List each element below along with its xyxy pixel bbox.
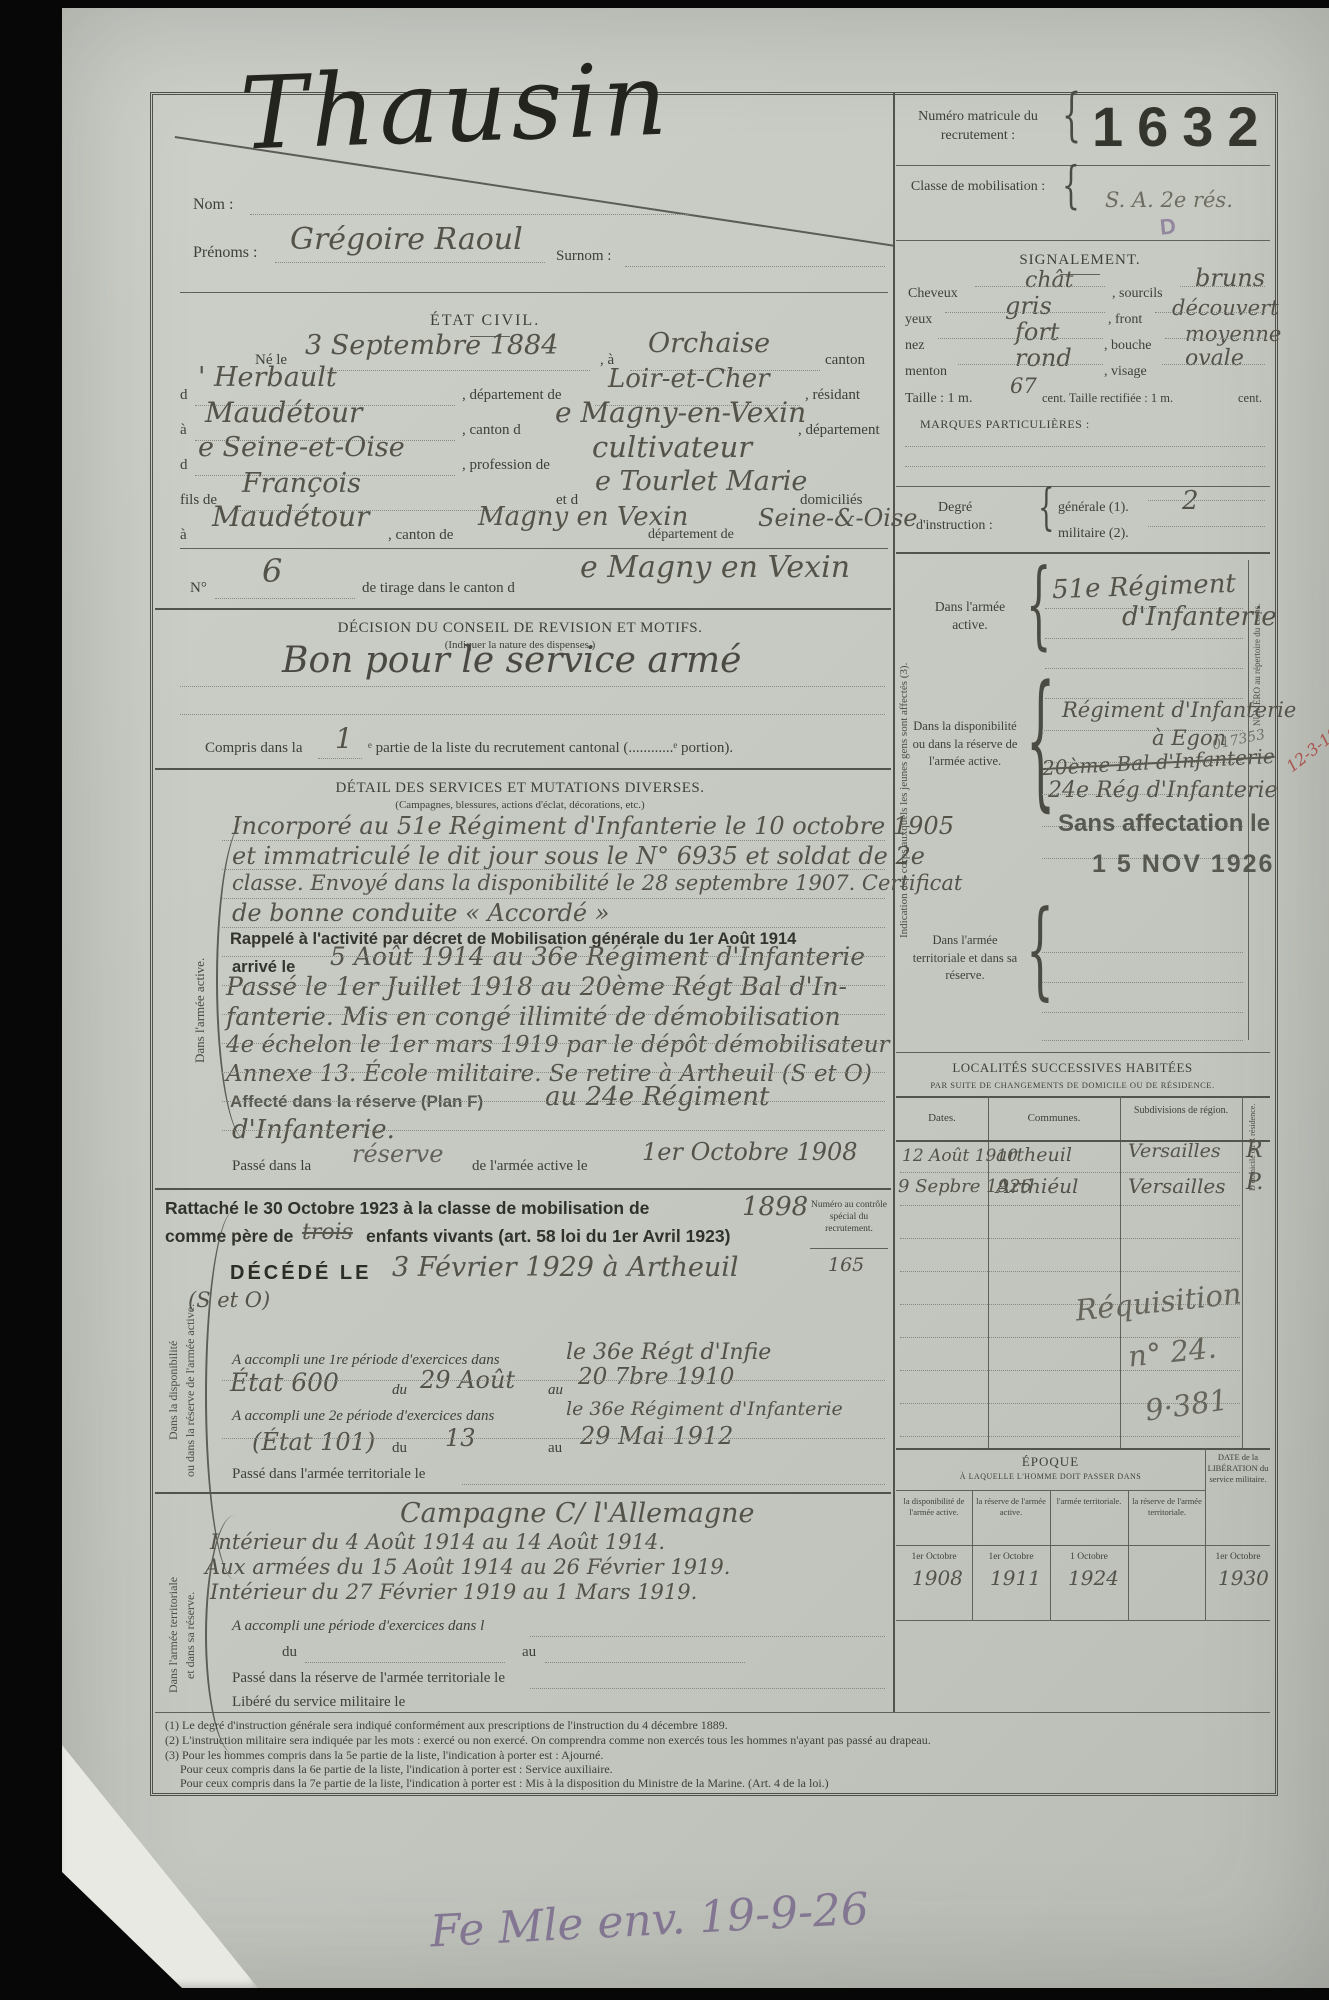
localite-row-commune: Arthiéul <box>996 1174 1078 1198</box>
campagne-title: Campagne C/ l'Allemagne <box>400 1498 754 1529</box>
line <box>1180 286 1265 287</box>
localites-col-subdivisions: Subdivisions de région. <box>1122 1104 1240 1117</box>
canton-de-label: , canton de <box>388 527 453 544</box>
classe-value: S. A. 2e rés. <box>1105 188 1233 212</box>
rule <box>896 1052 1270 1053</box>
controle-value: 165 <box>828 1254 864 1276</box>
rule <box>896 486 1270 487</box>
disponibilite-box-label: Dans la disponibilité ou dans la réserve… <box>906 718 1024 771</box>
line <box>900 1238 1240 1239</box>
menton-label: menton <box>905 364 947 380</box>
matricule-brace: { <box>1062 89 1081 146</box>
au-label: au <box>548 1440 562 1457</box>
service-entry: fanterie. Mis en congé illimité de démob… <box>226 1002 841 1031</box>
line <box>1045 638 1243 639</box>
au-label: au <box>548 1382 563 1399</box>
epoque-val-year: 1911 <box>990 1566 1041 1590</box>
localites-title: LOCALITÉS SUCCESSIVES HABITÉES <box>900 1060 1245 1076</box>
line <box>1042 1040 1243 1041</box>
bouche-value: moyenne <box>1185 322 1281 346</box>
line <box>975 286 1105 287</box>
cent-label: cent. <box>1238 391 1262 406</box>
line <box>462 1466 885 1485</box>
line <box>945 312 1105 313</box>
footnote-5: Pour ceux compris dans la 7e partie de l… <box>180 1776 829 1791</box>
rule <box>896 552 1270 554</box>
matricule-label: Numéro matricule du recrutement : <box>898 108 1058 146</box>
col-sep <box>1120 1096 1121 1448</box>
line <box>222 1438 885 1439</box>
col-sep <box>972 1490 973 1620</box>
header-rule <box>180 292 888 293</box>
epoque-val-label: 1 Octobre <box>1052 1552 1126 1562</box>
epoque-val-year: 1930 <box>1218 1566 1269 1590</box>
residant-label: , résidant <box>805 387 860 404</box>
line <box>222 1130 885 1131</box>
localites-subtitle: PAR SUITE DE CHANGEMENTS DE DOMICILE OU … <box>900 1080 1245 1090</box>
decision-title: DÉCISION DU CONSEIL DE REVISION ET MOTIF… <box>150 620 890 637</box>
service-entry: au 24e Régiment <box>545 1082 769 1112</box>
classe-rule <box>896 240 1270 241</box>
prenoms-line <box>275 244 545 263</box>
tirage-canton: e Magny en Vexin <box>580 550 850 585</box>
localite-row-subdiv: Versailles <box>1128 1174 1225 1198</box>
classe-label: Classe de mobilisation : <box>898 178 1058 197</box>
rattache-year: 1898 <box>742 1192 808 1222</box>
departement-de-label: département de <box>648 527 734 543</box>
residence-canton: e Magny-en-Vexin <box>555 396 806 429</box>
rule <box>155 768 891 770</box>
tirage-label: de tirage dans le canton d <box>362 580 515 597</box>
rule <box>896 1545 1270 1546</box>
generale-value: 2 <box>1182 486 1199 516</box>
matricule-value: 1632 <box>1092 94 1273 159</box>
a-label: à <box>180 527 187 544</box>
numero-label: N° <box>190 580 207 597</box>
epoque-val-label: 1er Octobre <box>1207 1552 1269 1562</box>
epoque-col-1: la disponibilité de l'armée active. <box>897 1496 971 1518</box>
taille-label: Taille : 1 m. <box>905 391 972 407</box>
rule <box>155 1188 891 1190</box>
epoque-col-2: la réserve de l'armée active. <box>974 1496 1048 1518</box>
services-subtitle: (Campagnes, blessures, actions d'éclat, … <box>150 799 890 811</box>
rule <box>155 1492 891 1494</box>
line <box>180 714 885 715</box>
line <box>905 466 1265 467</box>
epoque-subtitle: À LAQUELLE L'HOMME DOIT PASSER DANS <box>896 1472 1205 1481</box>
service-entry: classe. Envoyé dans la disponibilité le … <box>232 871 962 895</box>
compris-label-2: ᵉ partie de la liste du recrutement cant… <box>368 740 733 757</box>
nez-label: nez <box>905 338 924 354</box>
rattache-stamp-line1: Rattaché le 30 Octobre 1923 à la classe … <box>165 1198 649 1219</box>
service-entry: et immatriculé le dit jour sous le N° 69… <box>232 842 925 870</box>
territoriale-box-label: Dans l'armée territoriale et dans sa rés… <box>908 932 1022 985</box>
line <box>180 686 885 687</box>
visage-label: , visage <box>1104 364 1147 380</box>
passe-reserve-label-2: de l'armée active le <box>472 1158 588 1175</box>
passe-territoriale-label: Passé dans l'armée territoriale le <box>232 1466 425 1483</box>
du-label: du <box>282 1644 297 1661</box>
epoque-date-col-header: DATE de la LIBÉRATION du service militai… <box>1207 1452 1269 1485</box>
domicile-departement: Seine-&-Oise <box>758 504 917 532</box>
matricule-rule <box>896 165 1270 166</box>
line <box>530 1618 885 1637</box>
footnote-3: (3) Pour les hommes compris dans la 5e p… <box>165 1748 603 1763</box>
line <box>1042 1012 1243 1013</box>
service-entry: Passé le 1er Juillet 1918 au 20ème Régt … <box>226 972 847 1001</box>
du-label: du <box>392 1440 407 1457</box>
line <box>1042 952 1243 953</box>
epoque-title: ÉPOQUE <box>896 1454 1205 1470</box>
dispo-regiment-4: 24e Rég d'Infanterie <box>1048 778 1278 803</box>
dispo-regiment-1: Régiment d'Infanterie <box>1062 698 1296 722</box>
line <box>900 1271 1240 1272</box>
line <box>530 1670 885 1689</box>
au-label: au <box>522 1644 536 1661</box>
sourcils-label: , sourcils <box>1112 286 1163 302</box>
line <box>420 1694 885 1713</box>
rule <box>896 1620 1270 1621</box>
rule <box>896 1096 1270 1098</box>
surnom-line <box>625 248 885 267</box>
col-sep <box>1205 1448 1206 1620</box>
periode2-label: A accompli une 2e période d'exercices da… <box>232 1408 494 1425</box>
localites-col-dates: Dates. <box>896 1112 988 1124</box>
date-stamp-15nov1926: 1 5 NOV 1926 <box>1092 850 1274 879</box>
epoque-col-4: la réserve de l'armée territoriale. <box>1130 1496 1204 1518</box>
campagne-line: Aux armées du 15 Août 1914 au 26 Février… <box>205 1555 730 1579</box>
epoque-val-year: 1924 <box>1068 1566 1119 1590</box>
affecte-reserve-stamp: Affecté dans la réserve (Plan F) <box>230 1092 483 1112</box>
line <box>222 956 885 957</box>
rule <box>810 1248 888 1249</box>
localites-col-communes: Communes. <box>988 1112 1120 1124</box>
visage-value: ovale <box>1185 346 1244 371</box>
line <box>318 740 362 759</box>
line <box>222 869 885 870</box>
bouche-label: , bouche <box>1104 338 1151 354</box>
periode2-value: le 36e Régiment d'Infanterie <box>566 1398 843 1420</box>
classe-stamp-mark: D <box>1159 213 1178 241</box>
line <box>1148 526 1265 527</box>
col-sep <box>1242 1096 1243 1448</box>
decision-value: Bon pour le service armé <box>282 640 741 681</box>
passe-reserve-hand: réserve <box>352 1140 443 1168</box>
line <box>900 1172 1240 1173</box>
mother-name: e Tourlet Marie <box>595 466 807 497</box>
compris-label: Compris dans la <box>205 740 303 757</box>
line <box>1162 364 1265 365</box>
domicile-commune: Maudétour <box>212 500 369 533</box>
services-title: DÉTAIL DES SERVICES ET MUTATIONS DIVERSE… <box>150 780 890 797</box>
epoque-val-label: 1er Octobre <box>974 1552 1048 1562</box>
line <box>1155 312 1265 313</box>
nom-line <box>250 196 690 215</box>
epoque-col-3: l'armée territoriale. <box>1052 1496 1126 1507</box>
terr-exercices-label: A accompli une période d'exercices dans … <box>232 1618 484 1635</box>
passe-reserve-label: Passé dans la <box>232 1158 311 1175</box>
cheveux-label: Cheveux <box>908 286 958 302</box>
canton-label: canton <box>825 352 865 369</box>
front-value: découvert <box>1172 296 1279 320</box>
line <box>222 898 885 899</box>
line <box>222 1101 885 1102</box>
localite-row-subdiv: Versailles <box>1128 1140 1221 1162</box>
degre-label-2: d'instruction : <box>916 518 993 534</box>
line <box>900 1205 1240 1206</box>
campagne-line: Intérieur du 4 Août 1914 au 14 Août 1914… <box>210 1530 665 1554</box>
campagne-line: Intérieur du 27 Février 1919 au 1 Mars 1… <box>210 1580 697 1604</box>
rule <box>896 1448 1270 1450</box>
degre-brace: { <box>1038 484 1055 533</box>
departement-label: , département de <box>462 387 562 404</box>
decede-stamp: DÉCÉDÉ LE <box>230 1262 371 1285</box>
line <box>222 840 885 841</box>
menton-value: rond <box>1015 344 1072 372</box>
periode1-value: le 36e Régt d'Infie <box>566 1340 771 1365</box>
surnom-label: Surnom : <box>556 248 611 265</box>
footnote-rule <box>155 1712 1270 1713</box>
line <box>222 1043 885 1044</box>
controle-label: Numéro au contrôle spécial du recrutemen… <box>806 1200 892 1236</box>
nez-value: fort <box>1015 318 1059 346</box>
armee-active-vertical-label: Dans l'armée active. <box>192 860 208 1160</box>
profession-label: , profession de <box>462 457 550 474</box>
periode2-au: 29 Mai 1912 <box>580 1422 733 1450</box>
sans-affectation-stamp: Sans affectation le <box>1058 810 1270 838</box>
service-entry: 4e échelon le 1er mars 1919 par le dépôt… <box>226 1032 890 1058</box>
line <box>1042 982 1243 983</box>
scanned-military-record: Thausin Nom : Prénoms : Grégoire Raoul S… <box>0 0 1329 2000</box>
decede-date-place: 3 Février 1929 à Artheuil <box>392 1252 739 1283</box>
classe-brace: { <box>1062 161 1080 211</box>
localite-row-dr: R <box>1246 1138 1263 1163</box>
line <box>905 446 1265 447</box>
rattache-stamp-line2b: enfants vivants (art. 58 loi du 1er Avri… <box>366 1226 730 1247</box>
marques-label: MARQUES PARTICULIÈRES : <box>920 417 1090 432</box>
d-label: d <box>180 387 188 404</box>
yeux-value: gris <box>1005 292 1052 320</box>
canton-d-label: , canton d <box>462 422 521 439</box>
service-entry: de bonne conduite « Accordé » <box>232 899 609 927</box>
libere-label: Libéré du service militaire le <box>232 1694 405 1711</box>
departement-label: , département <box>798 422 880 439</box>
nom-label: Nom : <box>193 196 233 214</box>
line <box>1165 338 1265 339</box>
footnote-1: (1) Le degré d'instruction générale sera… <box>165 1718 728 1733</box>
prenoms-label: Prénoms : <box>193 244 257 262</box>
active-regiment-1: 51e Régiment <box>1052 569 1237 605</box>
surname-script: Thausin <box>238 41 673 173</box>
localite-row-dr: P. <box>1246 1170 1263 1195</box>
taille-rectifiee-label: cent. Taille rectifiée : 1 m. <box>1042 391 1173 406</box>
line <box>1148 500 1265 501</box>
line <box>545 1644 745 1663</box>
active-brace: { <box>1026 558 1051 654</box>
localite-row-commune: artheuil <box>996 1144 1072 1166</box>
col-sep <box>1050 1490 1051 1620</box>
line <box>1045 668 1243 669</box>
footnote-2: (2) L'instruction militaire sera indiqué… <box>165 1733 931 1748</box>
cheveux-value: chât <box>1025 268 1073 293</box>
line <box>222 1014 885 1015</box>
footnote-4: Pour ceux compris dans la 6e partie de l… <box>180 1762 613 1777</box>
rattache-enfants: trois <box>302 1220 353 1245</box>
epoque-val-year: 1908 <box>912 1566 963 1590</box>
periode1-au: 20 7bre 1910 <box>578 1364 734 1390</box>
periode2-etat: (État 101) <box>252 1428 375 1456</box>
etat-civil-title: ÉTAT CIVIL. <box>430 312 540 330</box>
column-divider <box>893 92 895 1712</box>
line <box>222 927 885 928</box>
line <box>300 352 590 371</box>
line <box>222 985 885 986</box>
line <box>222 1072 885 1073</box>
passe-reserve-date: 1er Octobre 1908 <box>642 1138 858 1166</box>
passe-reserve-terr-label: Passé dans la réserve de l'armée territo… <box>232 1670 505 1687</box>
epoque-val-label: 1er Octobre <box>897 1552 971 1562</box>
service-entry: Incorporé au 51e Régiment d'Infanterie l… <box>232 812 954 840</box>
line <box>215 580 355 599</box>
du-label: du <box>392 1382 407 1399</box>
yeux-label: yeux <box>905 312 932 328</box>
active-regiment-2: d'Infanterie <box>1122 602 1277 632</box>
line <box>900 1436 1240 1437</box>
sourcils-value: bruns <box>1195 264 1265 292</box>
line <box>305 1644 505 1663</box>
taille-value: 67 <box>1010 374 1037 398</box>
armee-active-box-label: Dans l'armée active. <box>918 598 1022 634</box>
periode1-etat: État 600 <box>230 1368 339 1397</box>
line <box>938 338 1103 339</box>
a-label: à <box>180 422 187 439</box>
d-label: d <box>180 457 188 474</box>
front-label: , front <box>1108 312 1142 328</box>
profession-value: cultivateur <box>592 430 752 464</box>
militaire-label: militaire (2). <box>1058 526 1129 542</box>
line <box>958 364 1103 365</box>
col-sep <box>1128 1490 1129 1620</box>
generale-label: générale (1). <box>1058 500 1129 516</box>
rule <box>155 608 891 610</box>
line <box>900 1370 1240 1371</box>
degre-label-1: Degré <box>938 500 972 516</box>
rule <box>180 548 888 549</box>
line <box>222 1380 885 1381</box>
